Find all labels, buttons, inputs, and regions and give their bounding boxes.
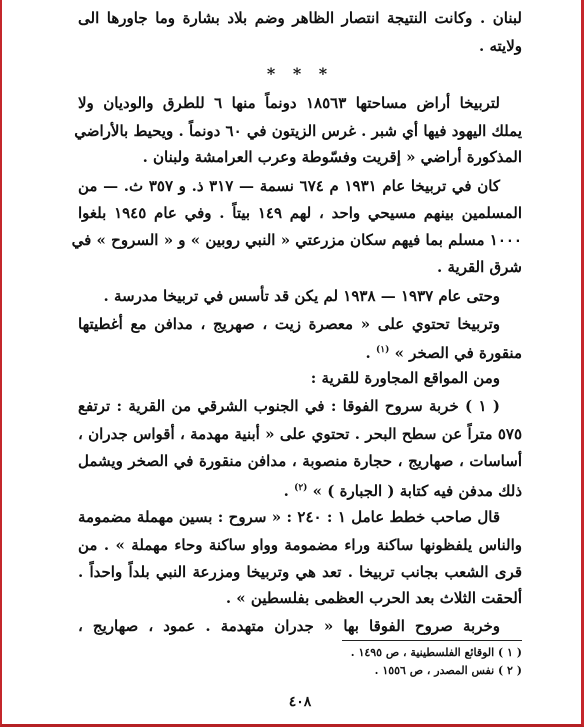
text-line: وحتى عام ١٩٣٧ — ١٩٣٨ لم يكن قد تأسس في ت… [78,282,522,310]
footnote-ref-2: (٢) [294,483,307,493]
text-line: ذلك مدفن فيه كتابة ( الجبارة ) » (٢) . [78,474,522,502]
text-line: قال صاحب خطط عامل ١ : ٢٤٠ : « سروح : بسي… [78,503,522,531]
text-line: المسلمين بينهم مسيحي واحد ، لهم ١٤٩ بيتا… [78,199,522,227]
text-line: ألحقت الثلاث بعد الحرب العظمى بفلسطين » … [78,584,522,612]
text-line: لبنان . وكانت النتيجة انتصار الظاهر وضم … [78,4,522,32]
footnote-ref-1: (١) [376,345,389,355]
page-number: ٤٠٨ [78,694,522,710]
footnote-2: ( ٢ ) نفس المصدر ، ص ١٥٥٦ . [375,662,522,680]
text-line: ٥٧٥ متراً عن سطح البحر . تحتوي على « أبن… [78,420,522,448]
text-line: وتربيخا تحتوي على « معصرة زيت ، صهريج ، … [78,310,522,338]
text-line: وخربة صروح الفوقا بها « جدران متهدمة . ع… [78,612,522,640]
text-line: قرى الشعب بجانب تربيخا . تعد هي وتربيخا … [78,558,522,586]
text-line: والناس يلفظونها ساكنة وراء مضمومة وواو س… [78,531,522,559]
text-line: يملك اليهود فيها أي شبر . غرس الزيتون في… [78,117,522,145]
document-frame: لبنان . وكانت النتيجة انتصار الظاهر وضم … [0,0,584,727]
section-separator: * * * [78,64,522,83]
text-line: ١٠٠٠ مسلم بما فيهم سكان مزرعتي « النبي ر… [78,226,522,254]
footnote-divider [342,640,522,641]
text-line: ومن المواقع المجاورة للقرية : [78,364,522,392]
text-line: لتربيخا أراض مساحتها ١٨٥٦٣ دونماً منها ٦… [78,89,522,117]
text-line: ( ١ ) خربة سروح الفوقا : في الجنوب الشرق… [78,392,522,420]
text-span: . [284,482,289,500]
text-line: أساسات ، صهاريج ، حجارة منصوبة ، مدافن م… [78,447,522,475]
text-line: منقورة في الصخر » (١) . [78,336,522,364]
footnote-1: ( ١ ) الوقائع الفلسطينية ، ص ١٤٩٥ . [351,644,522,662]
site-heading: ( ١ ) خربة سروح الفوقا : [331,397,500,415]
text-line: المذكورة أراضي « إقريت وفسّوطة وعرب العر… [78,143,522,171]
text-line: كان في تربيخا عام ١٩٣١ م ٦٧٤ نسمة — ٣١٧ … [78,172,522,200]
text-span: . [366,344,371,362]
text-span: منقورة في الصخر » [395,344,522,362]
text-span: في الجنوب الشرقي من القرية : ترتفع [78,397,325,415]
text-span: ذلك مدفن فيه كتابة ( الجبارة ) » [313,482,522,500]
text-line: ولايته . [78,32,522,60]
text-line: شرق القرية . [78,253,522,281]
